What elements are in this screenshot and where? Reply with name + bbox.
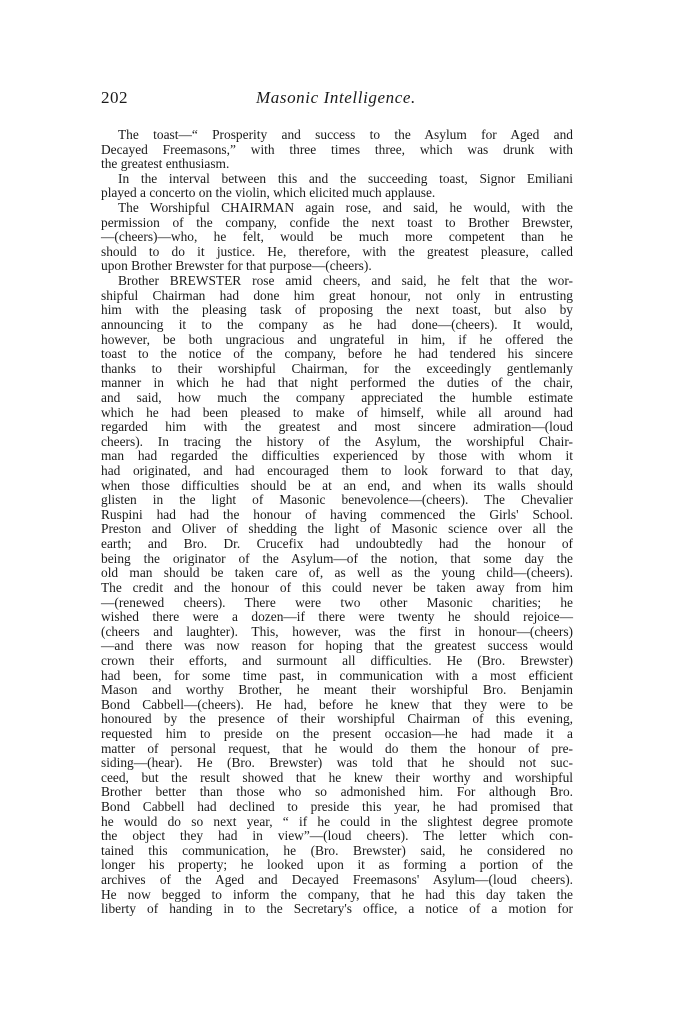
text-line: when those difficulties should be at an … — [101, 479, 573, 494]
text-line: which he had been pleased to make of him… — [101, 406, 573, 421]
text-line: (cheers and laughter). This, however, wa… — [101, 625, 573, 640]
text-line: matter of personal request, that he woul… — [101, 742, 573, 757]
text-line: ceed, but the result showed that he knew… — [101, 771, 573, 786]
text-line: however, be both ungracious and ungratef… — [101, 333, 573, 348]
text-line: Decayed Freemasons,” with three times th… — [101, 143, 573, 158]
text-line: Bond Cabbell had declined to preside thi… — [101, 800, 573, 815]
text-line: toast to the notice of the company, befo… — [101, 347, 573, 362]
text-line: archives of the Aged and Decayed Freemas… — [101, 873, 573, 888]
page-number: 202 — [101, 88, 128, 108]
text-line: The toast—“ Prosperity and success to th… — [101, 128, 573, 143]
text-line: had originated, and had encouraged them … — [101, 464, 573, 479]
text-line: had been, for some time past, in communi… — [101, 669, 573, 684]
text-line: In the interval between this and the suc… — [101, 172, 573, 187]
text-line: permission of the company, confide the n… — [101, 216, 573, 231]
text-line: old man should be taken care of, as well… — [101, 566, 573, 581]
running-head: 202 Masonic Intelligence. — [101, 88, 573, 108]
text-line: shipful Chairman had done him great hono… — [101, 289, 573, 304]
text-line: Ruspini had had the honour of having com… — [101, 508, 573, 523]
text-line: crown their efforts, and surmount all di… — [101, 654, 573, 669]
text-line: —(renewed cheers). There were two other … — [101, 596, 573, 611]
text-line: —and there was now reason for hoping tha… — [101, 639, 573, 654]
text-line: The Worshipful CHAIRMAN again rose, and … — [101, 201, 573, 216]
body-text: The toast—“ Prosperity and success to th… — [101, 128, 573, 917]
text-line: manner in which he had that night perfor… — [101, 376, 573, 391]
text-line: liberty of handing in to the Secretary's… — [101, 902, 573, 917]
text-line: tained this communication, he (Bro. Brew… — [101, 844, 573, 859]
text-line: Brother better than those who so admonis… — [101, 785, 573, 800]
text-line: He now begged to inform the company, tha… — [101, 888, 573, 903]
text-line: cheers). In tracing the history of the A… — [101, 435, 573, 450]
text-line: him with the pleasing task of proposing … — [101, 303, 573, 318]
text-line: being the originator of the Asylum—of th… — [101, 552, 573, 567]
text-line: man had regarded the difficulties experi… — [101, 449, 573, 464]
text-line: The credit and the honour of this could … — [101, 581, 573, 596]
running-title: Masonic Intelligence. — [256, 88, 416, 108]
text-line: Preston and Oliver of shedding the light… — [101, 522, 573, 537]
text-line: siding—(hear). He (Bro. Brewster) was to… — [101, 756, 573, 771]
document-page: 202 Masonic Intelligence. The toast—“ Pr… — [0, 0, 673, 1032]
text-line: requested him to preside on the present … — [101, 727, 573, 742]
text-line: the object they had in view”—(loud cheer… — [101, 829, 573, 844]
text-line: thanks to their worshipful Chairman, for… — [101, 362, 573, 377]
text-line: earth; and Bro. Dr. Crucefix had undoubt… — [101, 537, 573, 552]
text-line: should to do it justice. He, therefore, … — [101, 245, 573, 260]
text-line: honoured by the presence of their worshi… — [101, 712, 573, 727]
text-line: regarded him with the greatest and most … — [101, 420, 573, 435]
text-line: —(cheers)—who, he felt, would be much mo… — [101, 230, 573, 245]
text-line: upon Brother Brewster for that purpose—(… — [101, 259, 573, 274]
text-line: longer his property; he looked upon it a… — [101, 858, 573, 873]
text-line: he would do so next year, “ if he could … — [101, 815, 573, 830]
text-line: Brother BREWSTER rose amid cheers, and s… — [101, 274, 573, 289]
text-line: the greatest enthusiasm. — [101, 157, 573, 172]
text-line: announcing it to the company as he had d… — [101, 318, 573, 333]
text-line: Mason and worthy Brother, he meant their… — [101, 683, 573, 698]
text-line: and said, how much the company appreciat… — [101, 391, 573, 406]
text-line: glisten in the light of Masonic benevole… — [101, 493, 573, 508]
text-line: played a concerto on the violin, which e… — [101, 186, 573, 201]
text-line: Bond Cabbell—(cheers). He had, before he… — [101, 698, 573, 713]
text-line: wished there were a dozen—if there were … — [101, 610, 573, 625]
